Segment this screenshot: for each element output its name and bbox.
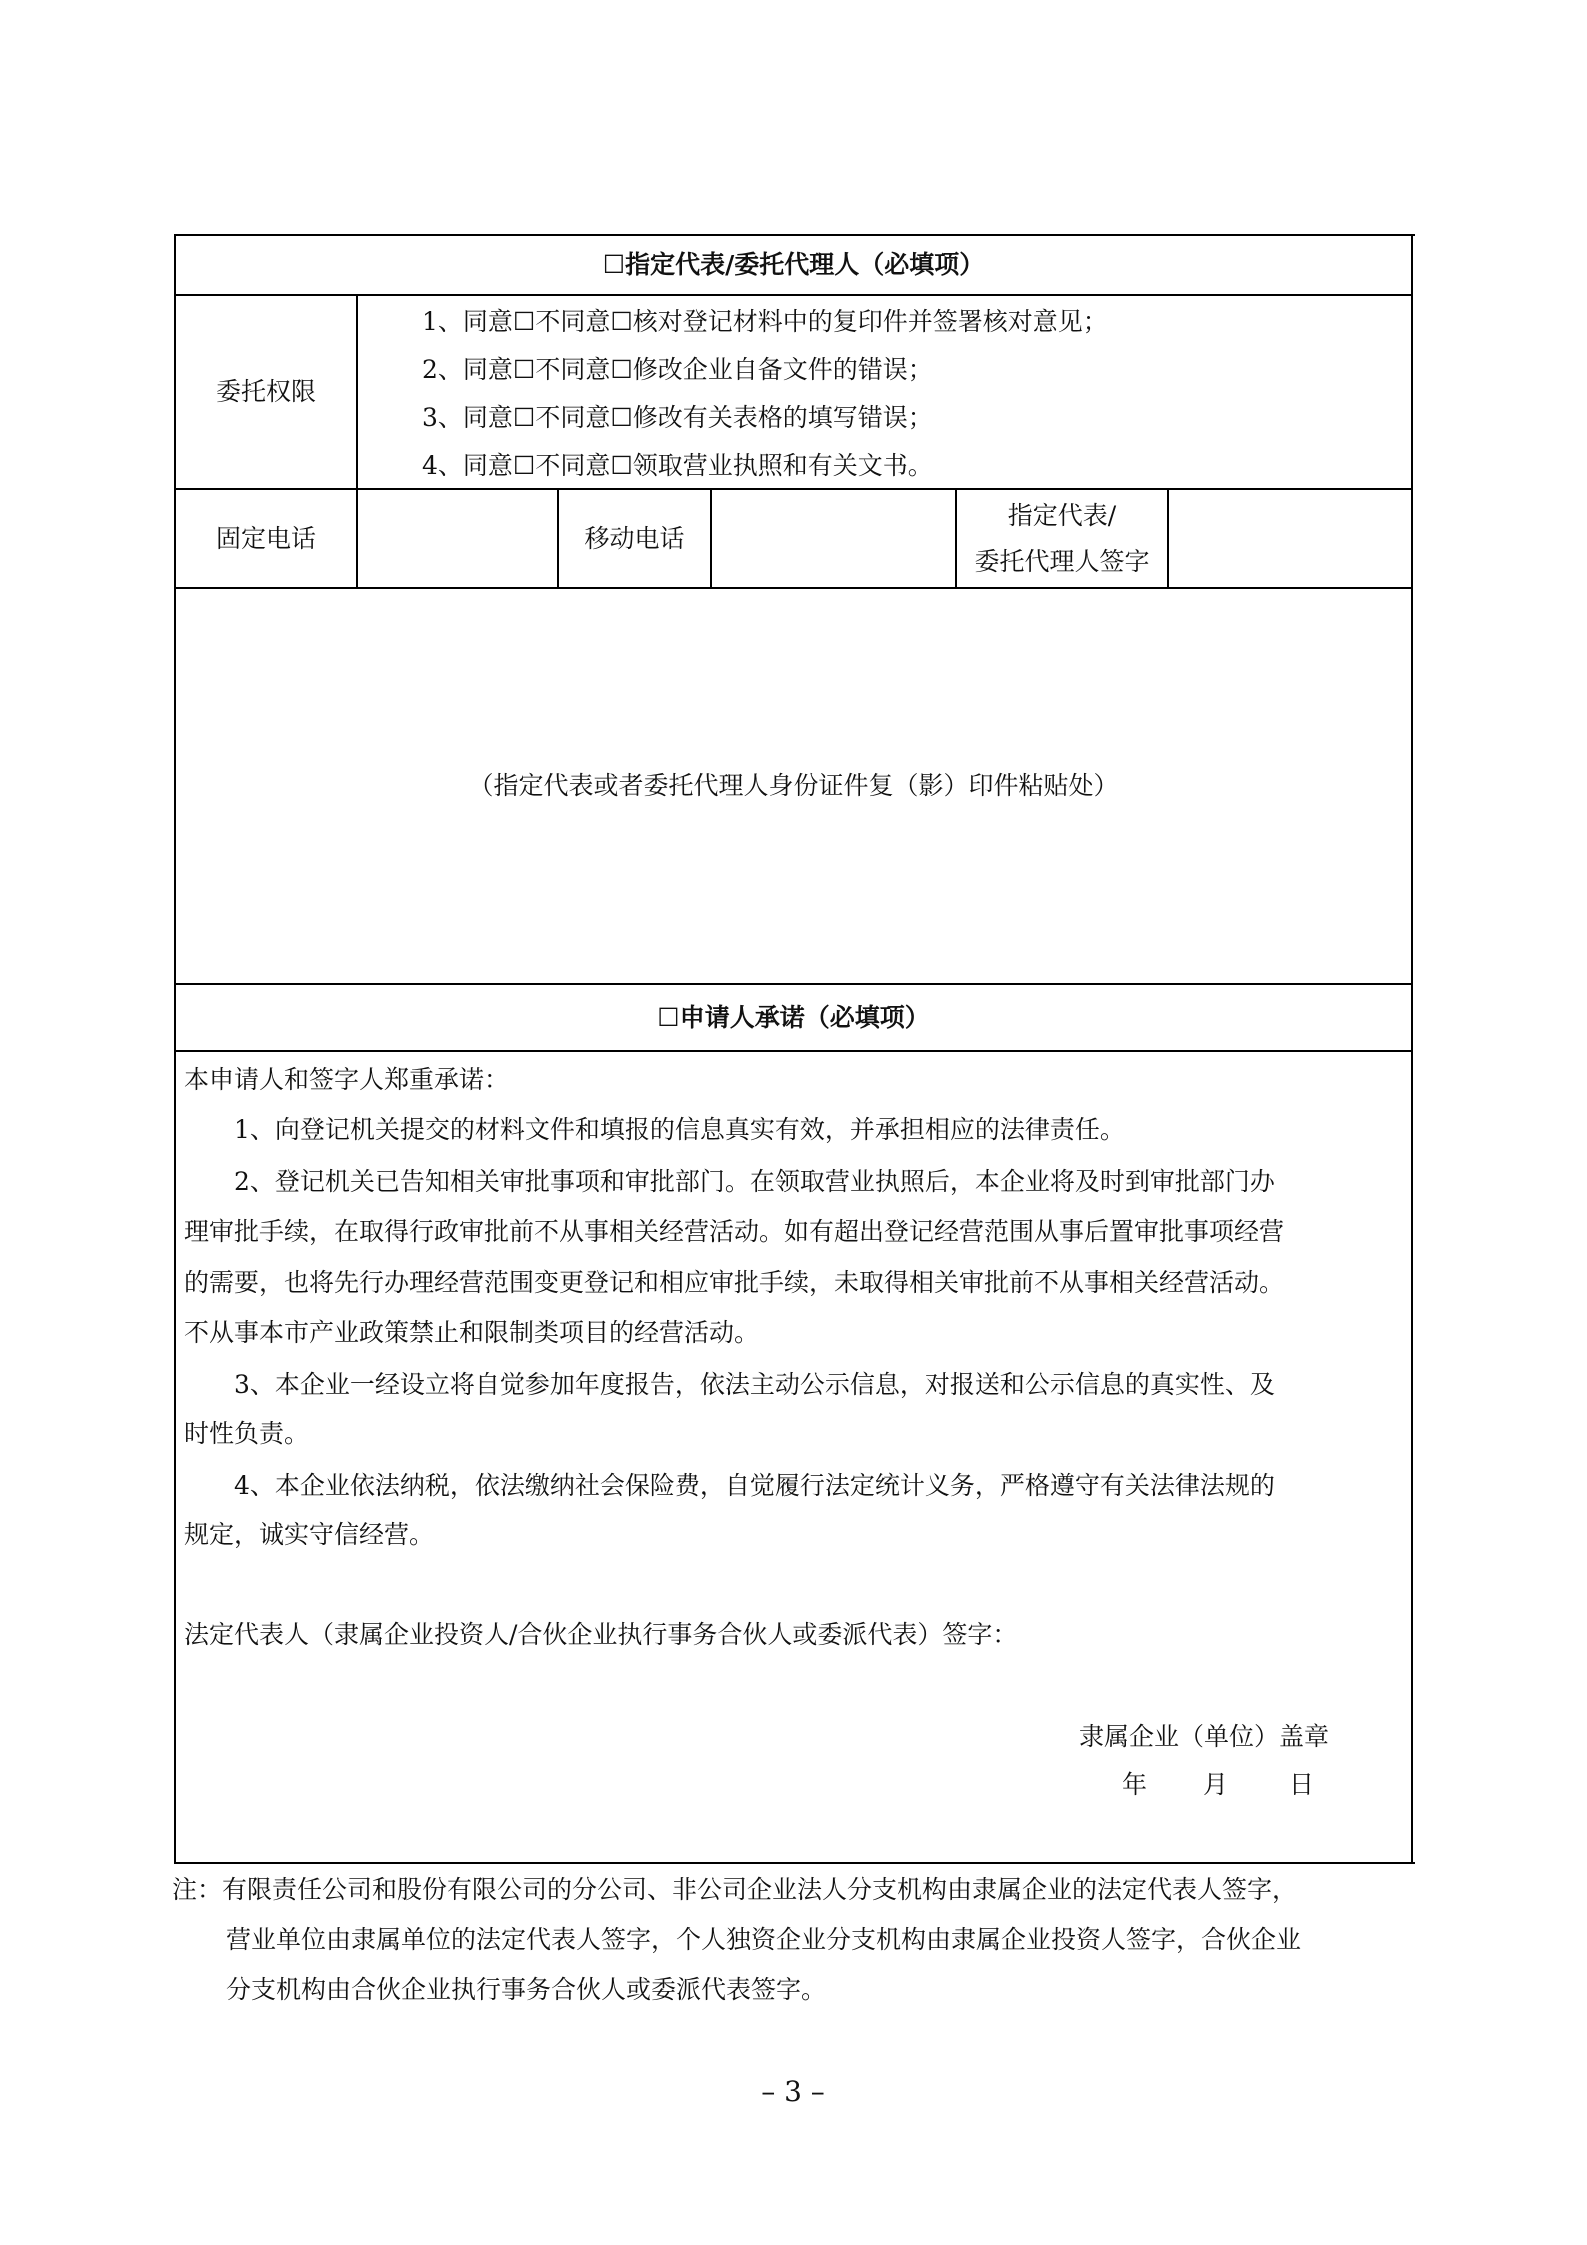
signature-label-line2: 委托代理人签字 [974, 539, 1149, 585]
seal-label: 隶属企业（单位）盖章 [1079, 1722, 1329, 1752]
commitment-line: 时性负责。 [184, 1419, 309, 1449]
signature-field[interactable] [1169, 490, 1411, 587]
date-year[interactable]: 年 [1122, 1770, 1147, 1800]
commitment-intro: 本申请人和签字人郑重承诺： [184, 1065, 509, 1095]
authority-item-4[interactable]: 4、同意☐不同意☐领取营业执照和有关文书。 [422, 451, 933, 481]
row-divider [174, 294, 1413, 296]
commitment-line: 的需要，也将先行办理经营范围变更登记和相应审批手续，未取得相关审批前不从事相关经… [184, 1268, 1284, 1298]
table-border-top [174, 234, 1415, 236]
table-border-right [1411, 234, 1413, 1864]
commitment-line: 规定，诚实守信经营。 [184, 1520, 434, 1550]
delegate-section-title: ☐指定代表/委托代理人（必填项） [176, 248, 1411, 282]
authority-item-3[interactable]: 3、同意☐不同意☐修改有关表格的填写错误； [422, 403, 933, 433]
date-month[interactable]: 月 [1203, 1770, 1228, 1800]
commitment-section-title: ☐申请人承诺（必填项） [176, 1001, 1411, 1035]
row-divider [174, 983, 1413, 985]
id-paste-area[interactable]: （指定代表或者委托代理人身份证件复（影）印件粘贴处） [176, 589, 1411, 983]
mobile-label: 移动电话 [559, 490, 710, 587]
legal-rep-signature-field[interactable] [176, 1655, 1411, 1715]
authority-label: 委托权限 [176, 296, 356, 488]
landline-field[interactable] [358, 490, 557, 587]
commitment-line: 3、本企业一经设立将自觉参加年度报告，依法主动公示信息，对报送和公示信息的真实性… [234, 1370, 1275, 1400]
date-day[interactable]: 日 [1289, 1770, 1314, 1800]
footnote-line: 分支机构由合伙企业执行事务合伙人或委派代表签字。 [226, 1975, 826, 2005]
signature-label: 指定代表/ 委托代理人签字 [957, 490, 1167, 587]
id-paste-hint: （指定代表或者委托代理人身份证件复（影）印件粘贴处） [468, 769, 1118, 803]
page-number: – 3 – [693, 2077, 893, 2107]
commitment-line: 4、本企业依法纳税，依法缴纳社会保险费，自觉履行法定统计义务，严格遵守有关法律法… [234, 1471, 1275, 1501]
footnote-line: 营业单位由隶属单位的法定代表人签字，个人独资企业分支机构由隶属企业投资人签字，合… [226, 1925, 1301, 1955]
authority-item-1[interactable]: 1、同意☐不同意☐核对登记材料中的复印件并签署核对意见； [422, 307, 1108, 337]
legal-rep-signature-label: 法定代表人（隶属企业投资人/合伙企业执行事务合伙人或委派代表）签字： [184, 1620, 1017, 1650]
authority-item-2[interactable]: 2、同意☐不同意☐修改企业自备文件的错误； [422, 355, 933, 385]
mobile-field[interactable] [712, 490, 955, 587]
commitment-line: 理审批手续，在取得行政审批前不从事相关经营活动。如有超出登记经营范围从事后置审批… [184, 1217, 1284, 1247]
commitment-line: 1、向登记机关提交的材料文件和填报的信息真实有效，并承担相应的法律责任。 [234, 1115, 1125, 1145]
row-divider [174, 1050, 1413, 1052]
commitment-line: 不从事本市产业政策禁止和限制类项目的经营活动。 [184, 1318, 759, 1348]
signature-label-line1: 指定代表/ [1008, 493, 1116, 539]
footnote-line: 注：有限责任公司和股份有限公司的分公司、非公司企业法人分支机构由隶属企业的法定代… [172, 1875, 1297, 1905]
commitment-line: 2、登记机关已告知相关审批事项和审批部门。在领取营业执照后，本企业将及时到审批部… [234, 1167, 1275, 1197]
landline-label: 固定电话 [176, 490, 356, 587]
table-border-bottom [174, 1862, 1415, 1864]
